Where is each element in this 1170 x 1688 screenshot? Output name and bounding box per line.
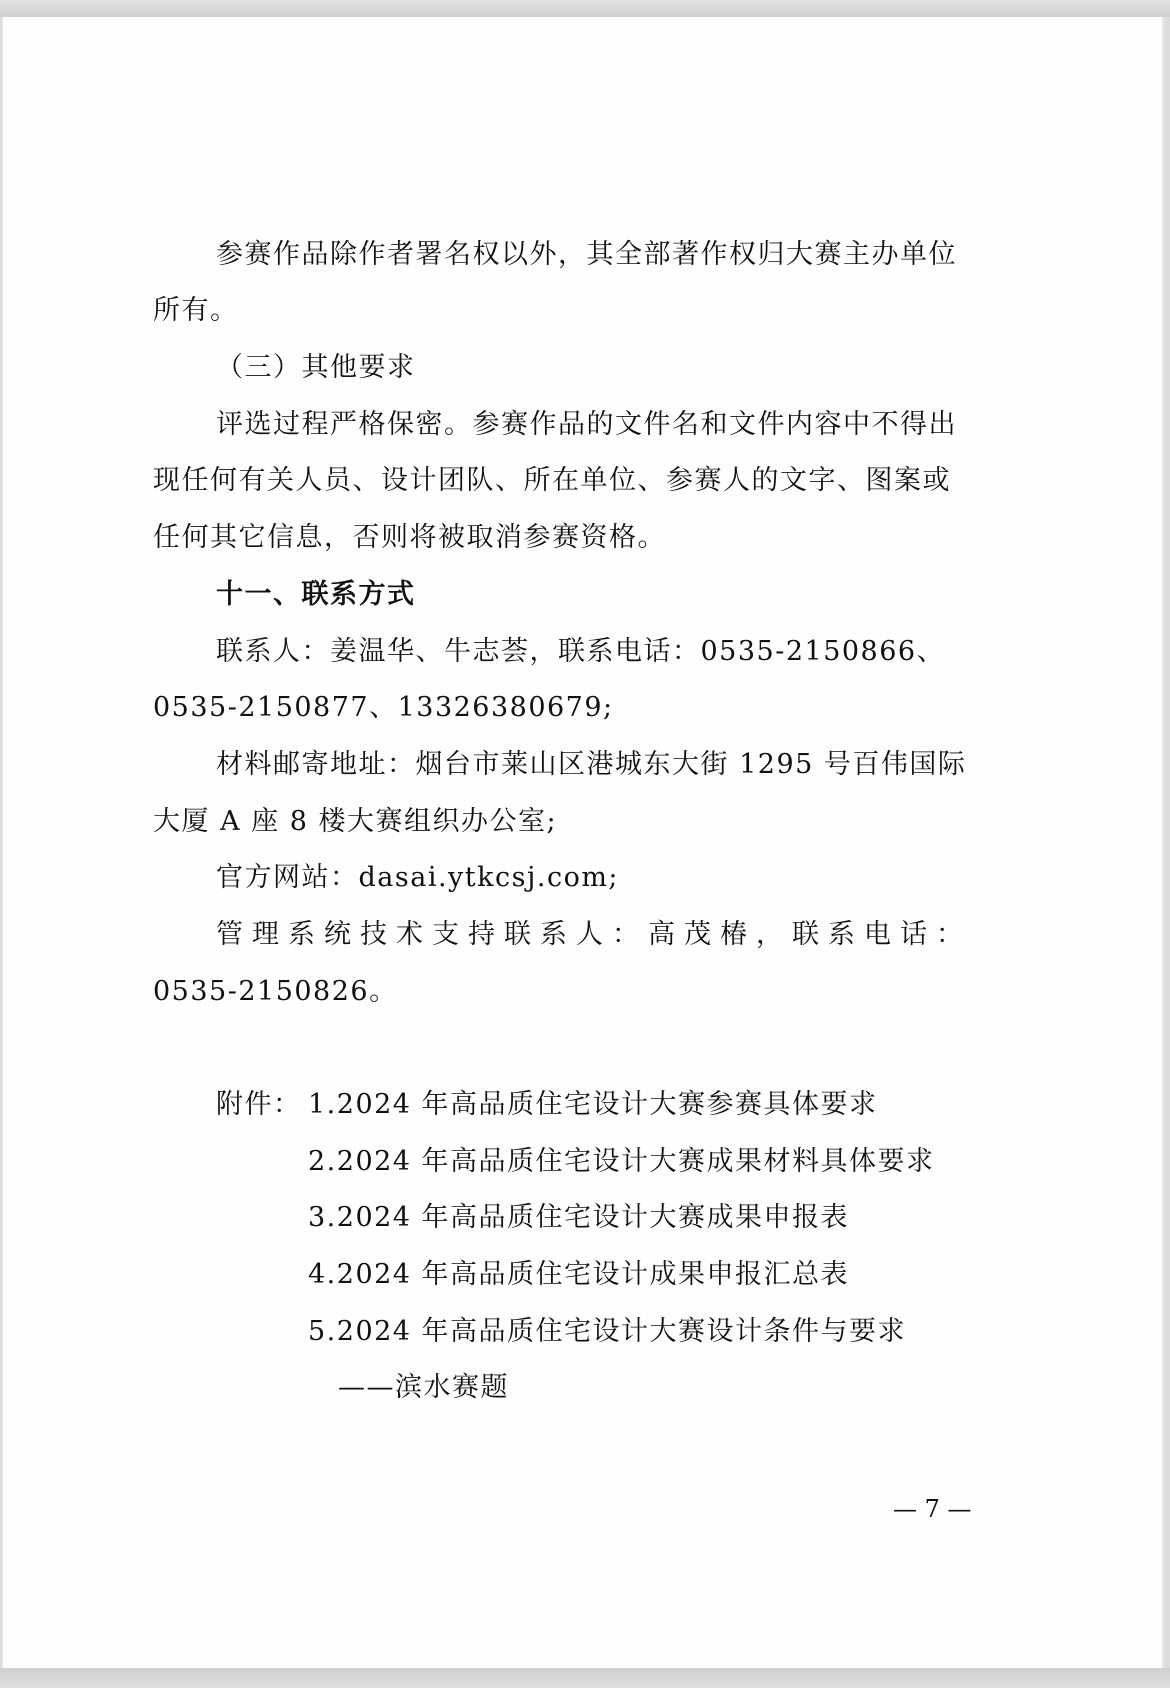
contact-persons-line1: 联系人：姜温华、牛志荟，联系电话：0535-2150866、 (216, 634, 945, 670)
paragraph-confidential-line1: 评选过程严格保密。参赛作品的文件名和文件内容中不得出 (216, 407, 957, 443)
mailing-address-line1: 材料邮寄地址：烟台市莱山区港城东大街 1295 号百伟国际 (216, 747, 966, 783)
document-page: 参赛作品除作者署名权以外，其全部著作权归大赛主办单位 所有。 （三）其他要求 评… (2, 17, 1165, 1668)
attachment-item-2: 2.2024 年高品质住宅设计大赛成果材料具体要求 (308, 1144, 935, 1180)
attachment-item-3: 3.2024 年高品质住宅设计大赛成果申报表 (308, 1200, 849, 1236)
attachment-item-4: 4.2024 年高品质住宅设计成果申报汇总表 (308, 1257, 849, 1293)
viewer-top-bar (0, 0, 1170, 17)
paragraph-confidential-line3: 任何其它信息，否则将被取消参赛资格。 (153, 520, 666, 556)
attachments-label: 附件： (216, 1087, 302, 1123)
section-heading-contact: 十一、联系方式 (216, 577, 416, 613)
paragraph-copyright-line1: 参赛作品除作者署名权以外，其全部著作权归大赛主办单位 (216, 237, 957, 273)
tech-support-line2: 0535-2150826。 (153, 974, 398, 1010)
viewer-bottom-bar (0, 1668, 1170, 1688)
attachment-item-5: 5.2024 年高品质住宅设计大赛设计条件与要求 (308, 1314, 906, 1350)
paragraph-copyright-line2: 所有。 (153, 293, 239, 329)
attachment-item-5-continuation: ——滨水赛题 (338, 1370, 509, 1406)
page-number: — 7 — (893, 1495, 972, 1523)
contact-persons-line2: 0535-2150877、13326380679; (153, 690, 614, 726)
attachment-item-1: 1.2024 年高品质住宅设计大赛参赛具体要求 (308, 1087, 878, 1123)
tech-support-line1: 管理系统技术支持联系人：高茂椿，联系电话： (216, 917, 972, 953)
paragraph-confidential-line2: 现任何有关人员、设计团队、所在单位、参赛人的文字、图案或 (153, 463, 951, 499)
official-website: 官方网站：dasai.ytkcsj.com; (216, 860, 619, 896)
section-heading-other-requirements: （三）其他要求 (216, 350, 416, 386)
mailing-address-line2: 大厦 A 座 8 楼大赛组织办公室; (153, 804, 557, 840)
